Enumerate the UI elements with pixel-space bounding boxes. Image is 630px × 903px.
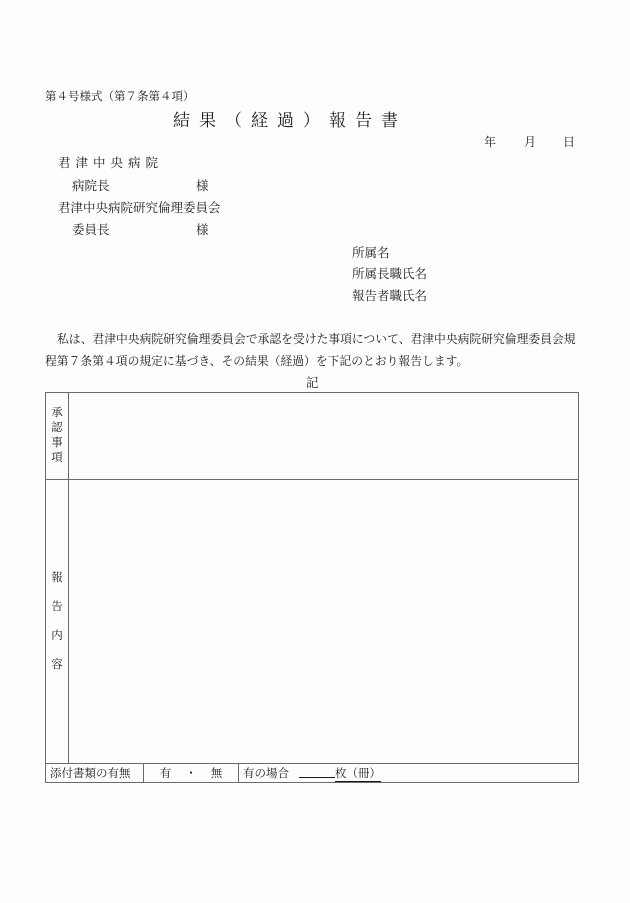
form-number: 第４号様式（第７条第４項） xyxy=(45,88,195,104)
attachments-choice-cell: 有・無 xyxy=(144,763,239,783)
attachments-option-yes[interactable]: 有 xyxy=(160,763,172,783)
report-content-row: 報告内容 xyxy=(46,479,578,764)
attachments-row: 添付書類の有無 有・無 有の場合枚（冊） xyxy=(46,763,578,783)
addressee-organization-hospital: 君津中央病院 xyxy=(58,153,163,171)
date-day-label: 日 xyxy=(563,133,575,150)
report-content-field[interactable] xyxy=(69,479,578,763)
addressee-honorific: 様 xyxy=(196,176,209,194)
addressee-title-director: 病院長 xyxy=(72,176,110,194)
attachments-option-no[interactable]: 無 xyxy=(211,763,223,783)
report-table: 承認事項 報告内容 添付書類の有無 有・無 有の場合枚（冊） xyxy=(45,392,579,783)
addressee-title-chair: 委員長 xyxy=(72,220,110,238)
attachments-count-cell: 有の場合枚（冊） xyxy=(239,763,578,783)
attachments-case-label: 有の場合 xyxy=(243,766,289,780)
body-paragraph: 私は、君津中央病院研究倫理委員会で承認を受けた事項について、君津中央病院研究倫理… xyxy=(45,328,585,372)
approved-items-field[interactable] xyxy=(69,393,578,479)
approved-items-label-cell: 承認事項 xyxy=(46,393,69,479)
option-separator: ・ xyxy=(185,763,197,783)
sender-reporter-label: 報告者職氏名 xyxy=(352,286,427,304)
document-title: 結果（経過）報告書 xyxy=(173,106,407,131)
attachments-unit-label: 枚（冊） xyxy=(335,766,381,782)
approved-items-row: 承認事項 xyxy=(46,393,578,480)
sender-dept-head-label: 所属長職氏名 xyxy=(352,264,427,282)
date-month-label: 月 xyxy=(524,133,536,150)
addressee-organization-committee: 君津中央病院研究倫理委員会 xyxy=(58,198,221,216)
approved-items-label: 承認事項 xyxy=(46,405,68,465)
attachments-label: 添付書類の有無 xyxy=(46,763,144,783)
addressee-honorific: 様 xyxy=(196,220,209,238)
attachments-count-field[interactable] xyxy=(299,763,335,778)
report-content-label-cell: 報告内容 xyxy=(46,479,69,763)
report-content-label: 報告内容 xyxy=(46,563,68,679)
ki-label: 記 xyxy=(306,373,319,391)
date-year-label: 年 xyxy=(484,133,496,150)
sender-department-label: 所属名 xyxy=(352,243,390,261)
